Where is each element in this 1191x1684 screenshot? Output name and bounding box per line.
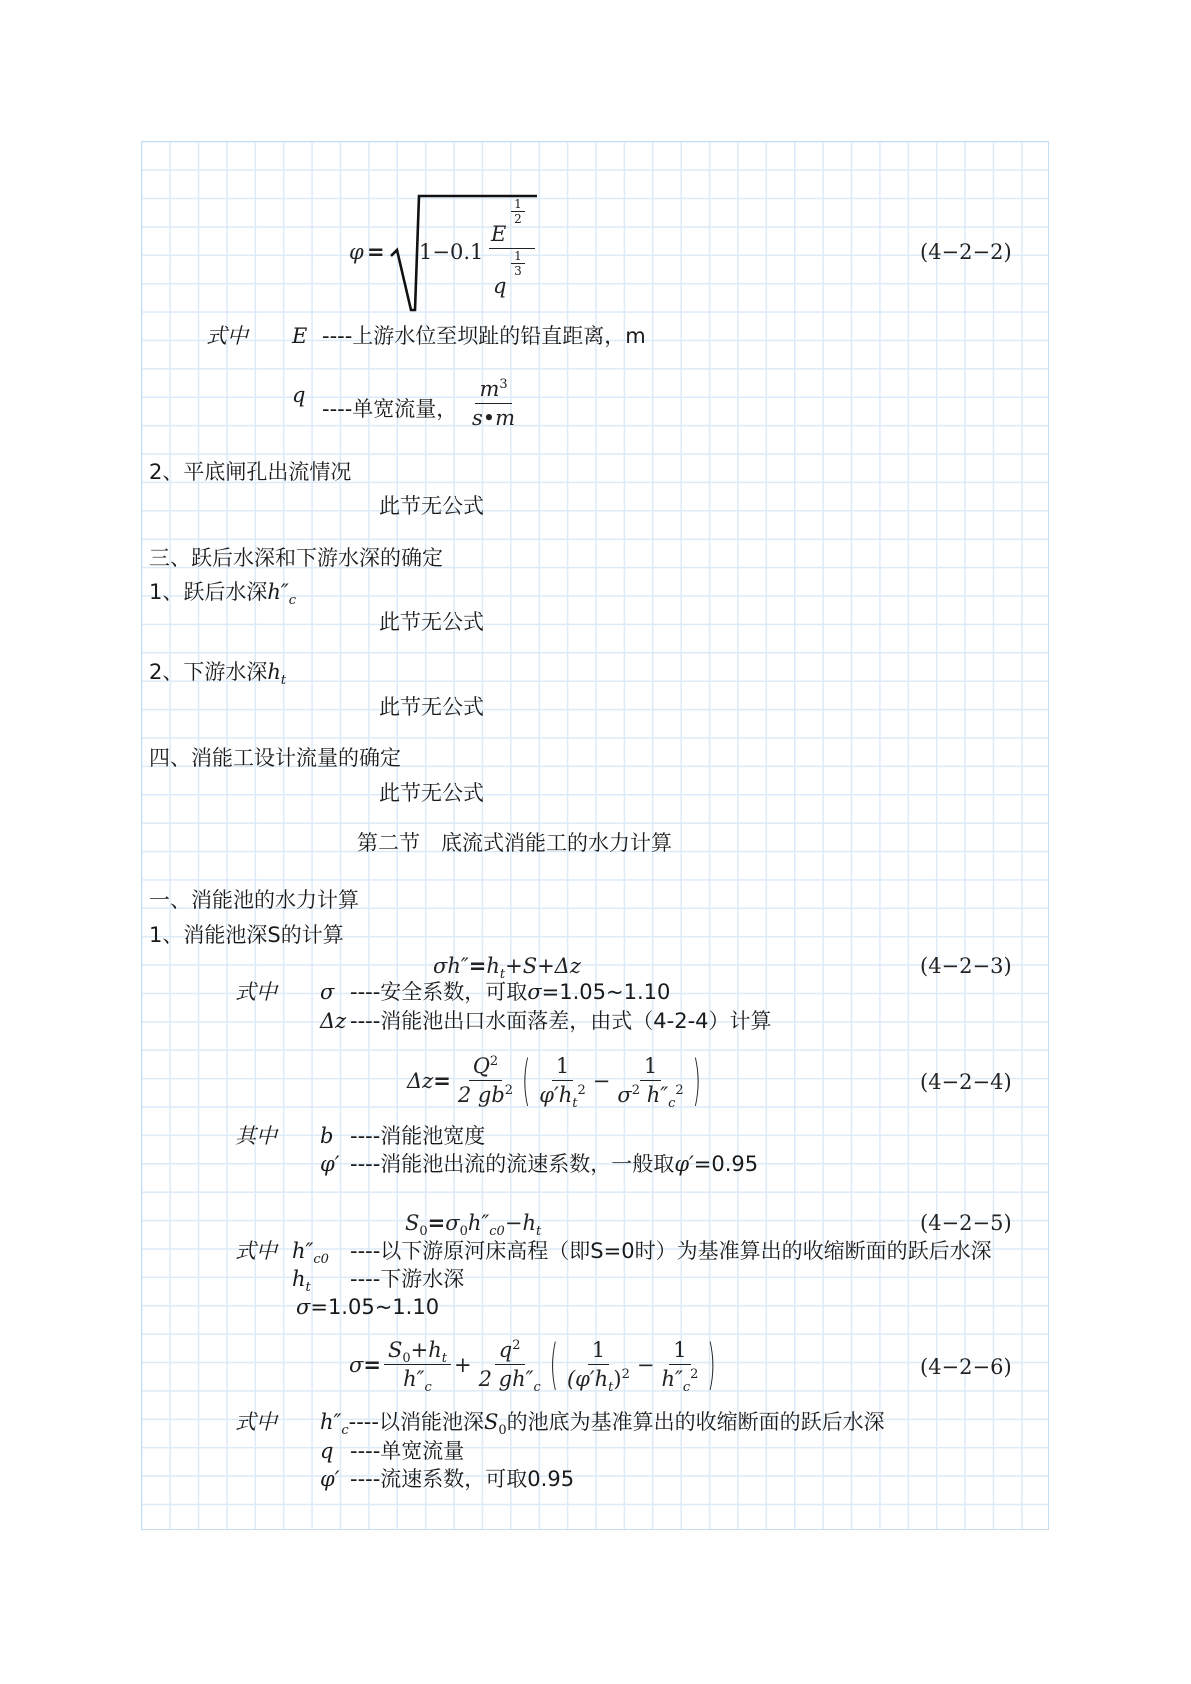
equation-number: (4−2−6)	[920, 1355, 1012, 1379]
no-formula-note: 此节无公式	[379, 697, 484, 718]
fraction-bar	[489, 248, 535, 249]
equation-4-2-4: Δz= Q2 2 gb2 ( 1 φ′ht2 − 1 σ2 h″c2 )	[407, 1050, 703, 1112]
definition-E: ----上游水位至坝趾的铅直距离，m	[322, 326, 646, 347]
heading-section-1: 一、消能池的水力计算	[149, 890, 359, 911]
symbol-q: q	[320, 1441, 333, 1462]
unit-fraction: m3 s•m	[465, 378, 522, 430]
where-label: 式中	[235, 982, 277, 1003]
equation-4-2-6: σ= S0+ht h″c + q2 2 gh″c ( 1 (φ′ht)2 − 1…	[349, 1334, 718, 1396]
symbol-h-t: ht	[292, 1269, 311, 1290]
symbol-q: q	[292, 385, 305, 406]
heading-1-1: 1、消能池深S的计算	[149, 925, 344, 946]
symbol-phi-prime: φ′	[320, 1469, 339, 1490]
symbol-h-c0: h″c0	[292, 1241, 329, 1262]
definition-h-c0: ----以下游原河床高程（即S=0时）为基准算出的收缩断面的跃后水深	[350, 1241, 992, 1262]
sigma-range: σ=1.05~1.10	[296, 1297, 439, 1318]
equation-4-2-3: σh″=ht+S+Δz	[433, 954, 581, 978]
symbol-delta-z: Δz	[320, 1011, 346, 1032]
equation-number: (4−2−3)	[920, 954, 1012, 978]
equation-number: (4−2−2)	[920, 240, 1012, 264]
equation-number: (4−2−5)	[920, 1211, 1012, 1235]
definition-delta-z: ----消能池出口水面落差，由式（4-2-4）计算	[350, 1011, 772, 1032]
definition-q: ----单宽流量，	[322, 399, 457, 420]
phi-symbol: φ	[349, 240, 364, 264]
equation-number: (4−2−4)	[920, 1070, 1012, 1094]
no-formula-note: 此节无公式	[379, 783, 484, 804]
definition-b: ----消能池宽度	[350, 1126, 485, 1147]
definition-phi-prime: ----消能池出流的流速系数，一般取φ′=0.95	[350, 1154, 758, 1175]
where-label: 式中	[206, 326, 248, 347]
symbol-E: E	[292, 326, 307, 347]
definition-h-c: h″c----以消能池深S0的池底为基准算出的收缩断面的跃后水深	[320, 1412, 885, 1433]
where-label: 式中	[235, 1241, 277, 1262]
fraction-E-over-q: E 1 2 q 1 3	[489, 198, 539, 298]
heading-flat-gate-outflow: 2、平底闸孔出流情况	[149, 462, 351, 483]
heading-section-4: 四、消能工设计流量的确定	[149, 748, 401, 769]
heading-section-3: 三、跃后水深和下游水深的确定	[149, 548, 443, 569]
where-label: 其中	[235, 1126, 277, 1147]
heading-3-1: 1、跃后水深h″c	[149, 582, 296, 603]
no-formula-note: 此节无公式	[379, 496, 484, 517]
definition-h-t: ----下游水深	[350, 1269, 464, 1290]
chapter-title: 第二节 底流式消能工的水力计算	[357, 833, 672, 854]
no-formula-note: 此节无公式	[379, 612, 484, 633]
symbol-b: b	[320, 1126, 333, 1147]
definition-q: ----单宽流量	[350, 1441, 464, 1462]
definition-sigma: ----安全系数，可取σ=1.05~1.10	[350, 982, 670, 1003]
symbol-phi-prime: φ′	[320, 1154, 339, 1175]
symbol-sigma: σ	[320, 982, 334, 1003]
definition-phi-prime: ----流速系数，可取0.95	[350, 1469, 574, 1490]
where-label: 式中	[235, 1412, 277, 1433]
heading-3-2: 2、下游水深ht	[149, 662, 286, 683]
equation-4-2-5: S0=σ0h″c0−ht	[405, 1211, 541, 1235]
